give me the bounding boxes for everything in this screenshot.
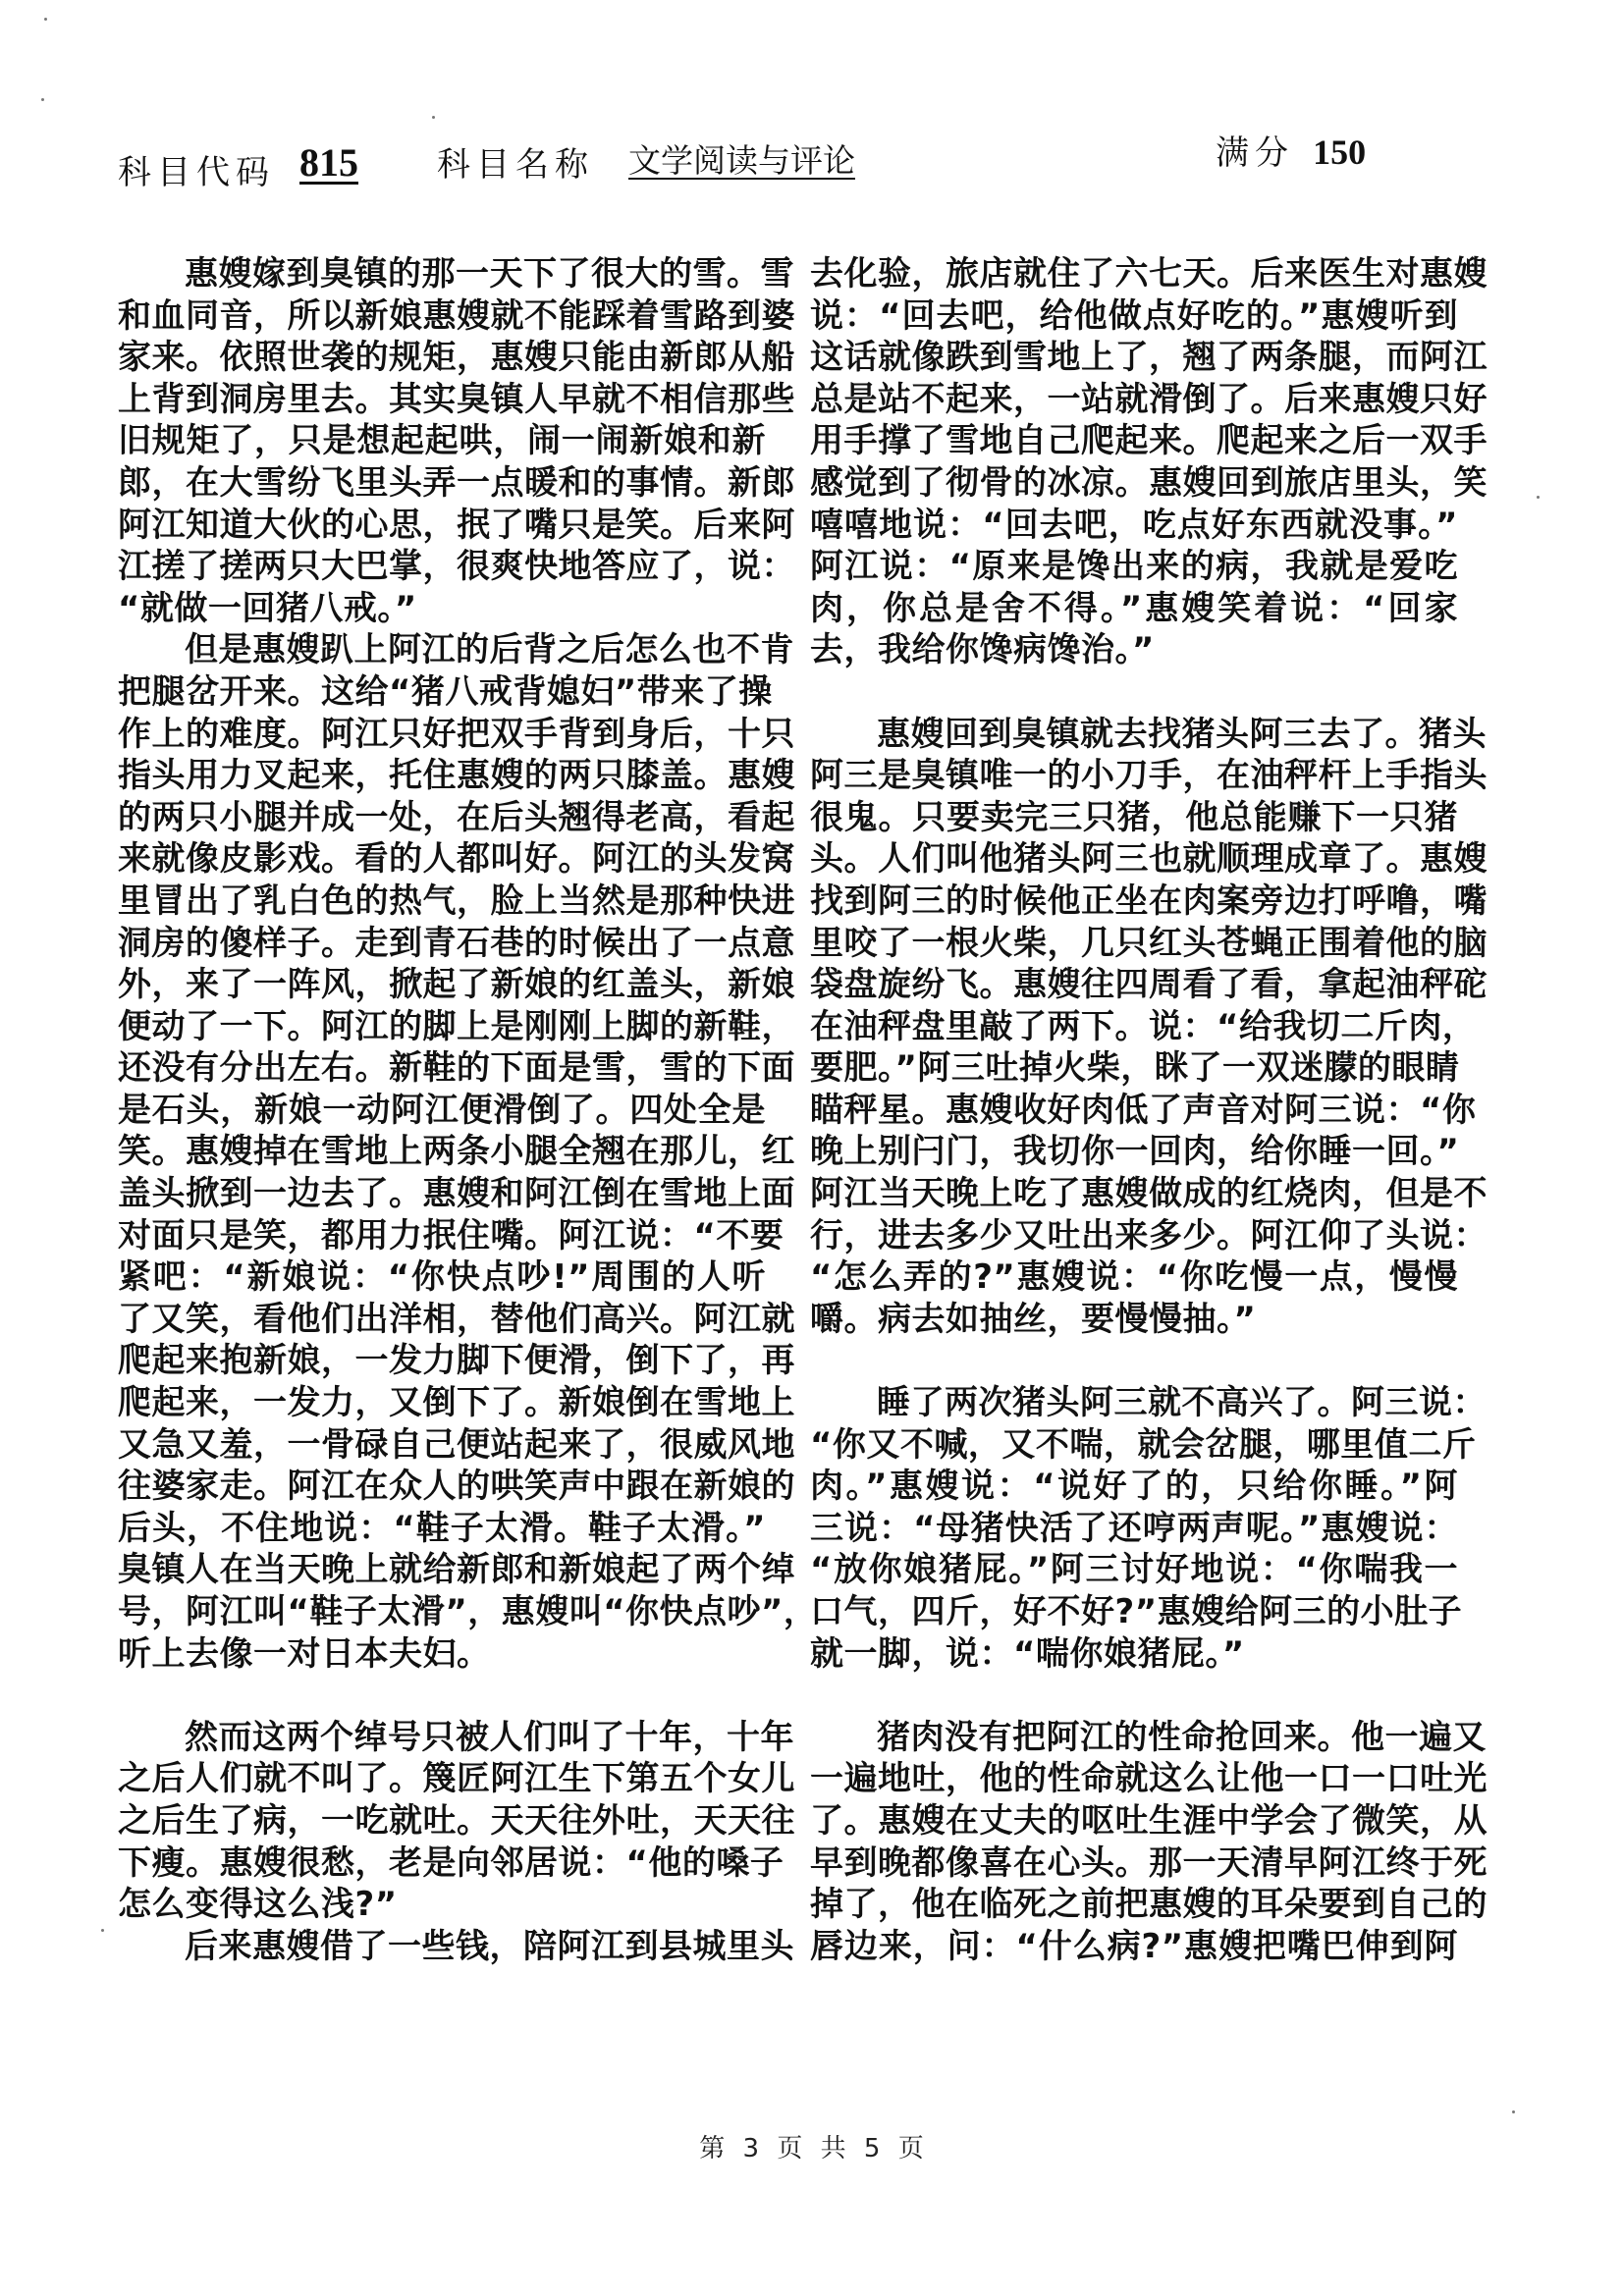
text-line: 把腿岔开来。这给“猪八戒背媳妇”带来了操 bbox=[118, 671, 766, 714]
text-line: 对面只是笑，都用力抿住嘴。阿江说：“不要 bbox=[118, 1215, 766, 1257]
full-score-label: 满分 bbox=[1216, 133, 1294, 173]
paragraph: 猪肉没有把阿江的性命抢回来。他一遍又 一遍地吐，他的性命就这么让他一口一口吐光 … bbox=[810, 1717, 1458, 1968]
text-line: 嘻嘻地说：“回去吧，吃点好东西就没事。” bbox=[810, 505, 1458, 547]
text-line: “你又不喊，又不喘，就会岔腿，哪里值二斤 bbox=[810, 1424, 1458, 1467]
text-line: 一遍地吐，他的性命就这么让他一口一口吐光 bbox=[810, 1758, 1458, 1800]
right-column: 去化验，旅店就住了六七天。后来医生对惠嫂 说：“回去吧，给他做点好吃的。”惠嫂听… bbox=[810, 253, 1458, 1967]
text-line: 嚼。病去如抽丝，要慢慢抽。” bbox=[810, 1299, 1458, 1341]
text-line: 听上去像一对日本夫妇。 bbox=[118, 1633, 766, 1676]
page-number: 第 3 页 共 5 页 bbox=[0, 2128, 1623, 2164]
text-line: 和血同音，所以新娘惠嫂就不能踩着雪路到婆 bbox=[118, 295, 766, 338]
text-line: 里冒出了乳白色的热气，脸上当然是那种快进 bbox=[118, 881, 766, 923]
scan-speck bbox=[756, 854, 759, 857]
text-line: 指头用力叉起来，托住惠嫂的两只膝盖。惠嫂 bbox=[118, 755, 766, 797]
text-line: 上背到洞房里去。其实臭镇人早就不相信那些 bbox=[118, 379, 766, 421]
text-line: 感觉到了彻骨的冰凉。惠嫂回到旅店里头，笑 bbox=[810, 462, 1458, 505]
subject-name-label: 科目名称 bbox=[437, 137, 594, 186]
text-line: 阿江说：“原来是馋出来的病，我就是爱吃 bbox=[810, 546, 1458, 588]
text-line: 三说：“母猪快活了还哼两声呢。”惠嫂说： bbox=[810, 1508, 1458, 1550]
text-line: 外，来了一阵风，掀起了新娘的红盖头，新娘 bbox=[118, 964, 766, 1006]
text-line: 里咬了一根火柴，几只红头苍蝇正围着他的脑 bbox=[810, 923, 1458, 965]
text-line: 找到阿三的时候他正坐在肉案旁边打呼噜，嘴 bbox=[810, 881, 1458, 923]
text-line: 后头，不住地说：“鞋子太滑。鞋子太滑。” bbox=[118, 1508, 766, 1550]
text-line: 是石头，新娘一动阿江便滑倒了。四处全是 bbox=[118, 1090, 766, 1132]
text-line: 头。人们叫他猪头阿三也就顺理成章了。惠嫂 bbox=[810, 838, 1458, 881]
text-line: 郎，在大雪纷飞里头弄一点暖和的事情。新郎 bbox=[118, 462, 766, 505]
subject-code-value: 815 bbox=[299, 139, 358, 186]
text-line: 惠嫂回到臭镇就去找猪头阿三去了。猪头 bbox=[810, 714, 1458, 756]
text-line: 往婆家走。阿江在众人的哄笑声中跟在新娘的 bbox=[118, 1466, 766, 1508]
paragraph: 惠嫂回到臭镇就去找猪头阿三去了。猪头 阿三是臭镇唯一的小刀手，在油秤杆上手指头 … bbox=[810, 714, 1458, 1341]
text-line: 之后生了病，一吃就吐。天天往外吐，天天往 bbox=[118, 1800, 766, 1842]
text-line: 作上的难度。阿江只好把双手背到身后，十只 bbox=[118, 714, 766, 756]
text-line: 家来。依照世袭的规矩，惠嫂只能由新郎从船 bbox=[118, 337, 766, 379]
paragraph: 但是惠嫂趴上阿江的后背之后怎么也不肯 把腿岔开来。这给“猪八戒背媳妇”带来了操 … bbox=[118, 629, 766, 1675]
text-line: 怎么变得这么浅?” bbox=[118, 1884, 766, 1926]
paragraph: 睡了两次猪头阿三就不高兴了。阿三说： “你又不喊，又不喘，就会岔腿，哪里值二斤 … bbox=[810, 1382, 1458, 1675]
scan-speck bbox=[44, 18, 47, 21]
text-line: 早到晚都像喜在心头。那一天清早阿江终于死 bbox=[810, 1842, 1458, 1885]
text-line: 笑。惠嫂掉在雪地上两条小腿全翘在那儿，红 bbox=[118, 1131, 766, 1173]
text-line: 洞房的傻样子。走到青石巷的时候出了一点意 bbox=[118, 923, 766, 965]
text-line: “就做一回猪八戒。” bbox=[118, 588, 766, 630]
text-line: 肉。”惠嫂说：“说好了的，只给你睡。”阿 bbox=[810, 1466, 1458, 1508]
paragraph: 去化验，旅店就住了六七天。后来医生对惠嫂 说：“回去吧，给他做点好吃的。”惠嫂听… bbox=[810, 253, 1458, 671]
paragraph-gap bbox=[810, 671, 1458, 714]
text-line: “怎么弄的?”惠嫂说：“你吃慢一点，慢慢 bbox=[810, 1256, 1458, 1299]
text-line: 江搓了搓两只大巴掌，很爽快地答应了，说： bbox=[118, 546, 766, 588]
text-line: 掉了，他在临死之前把惠嫂的耳朵要到自己的 bbox=[810, 1884, 1458, 1926]
full-score: 满分 150 bbox=[1216, 126, 1366, 174]
scan-speck bbox=[41, 98, 44, 101]
paragraph-gap bbox=[118, 1675, 766, 1717]
text-line: 爬起来抱新娘，一发力脚下便滑，倒下了，再 bbox=[118, 1340, 766, 1382]
text-line: 号，阿江叫“鞋子太滑”，惠嫂叫“你快点吵”， bbox=[118, 1591, 766, 1633]
text-line: 盖头掀到一边去了。惠嫂和阿江倒在雪地上面 bbox=[118, 1173, 766, 1215]
scan-speck bbox=[1512, 2110, 1515, 2113]
text-line: 去化验，旅店就住了六七天。后来医生对惠嫂 bbox=[810, 253, 1458, 295]
text-line: 说：“回去吧，给他做点好吃的。”惠嫂听到 bbox=[810, 295, 1458, 338]
text-line: 后来惠嫂借了一些钱，陪阿江到县城里头 bbox=[118, 1926, 766, 1968]
text-line: 总是站不起来，一站就滑倒了。后来惠嫂只好 bbox=[810, 379, 1458, 421]
text-line: 阿三是臭镇唯一的小刀手，在油秤杆上手指头 bbox=[810, 755, 1458, 797]
text-line: 睡了两次猪头阿三就不高兴了。阿三说： bbox=[810, 1382, 1458, 1424]
paragraph: 后来惠嫂借了一些钱，陪阿江到县城里头 bbox=[118, 1926, 766, 1968]
text-line: 在油秤盘里敲了两下。说：“给我切二斤肉， bbox=[810, 1006, 1458, 1048]
scan-speck bbox=[1537, 496, 1540, 499]
paragraph: 惠嫂嫁到臭镇的那一天下了很大的雪。雪 和血同音，所以新娘惠嫂就不能踩着雪路到婆 … bbox=[118, 253, 766, 629]
text-line: 晚上别闩门，我切你一回肉，给你睡一回。” bbox=[810, 1131, 1458, 1173]
text-line: 臭镇人在当天晚上就给新郎和新娘起了两个绰 bbox=[118, 1549, 766, 1591]
text-line: “放你娘猪屁。”阿三讨好地说：“你喘我一 bbox=[810, 1549, 1458, 1591]
text-line: 肉，你总是舍不得。”惠嫂笑着说：“回家 bbox=[810, 588, 1458, 630]
scan-speck bbox=[101, 1929, 104, 1932]
text-line: 爬起来，一发力，又倒下了。新娘倒在雪地上 bbox=[118, 1382, 766, 1424]
subject-code-label: 科目代码 bbox=[118, 145, 275, 193]
text-line: 旧规矩了，只是想起起哄，闹一闹新娘和新 bbox=[118, 420, 766, 462]
text-line: 要肥。”阿三吐掉火柴，眯了一双迷朦的眼睛 bbox=[810, 1047, 1458, 1090]
text-line: 又急又羞，一骨碌自己便站起来了，很威风地 bbox=[118, 1424, 766, 1467]
text-line: 唇边来，问：“什么病?”惠嫂把嘴巴伸到阿 bbox=[810, 1926, 1458, 1968]
text-line: 紧吧：“新娘说：“你快点吵!”周围的人听 bbox=[118, 1256, 766, 1299]
text-line: 但是惠嫂趴上阿江的后背之后怎么也不肯 bbox=[118, 629, 766, 671]
left-column: 惠嫂嫁到臭镇的那一天下了很大的雪。雪 和血同音，所以新娘惠嫂就不能踩着雪路到婆 … bbox=[118, 253, 766, 1967]
text-line: 就一脚，说：“喘你娘猪屁。” bbox=[810, 1633, 1458, 1676]
full-score-value: 150 bbox=[1313, 133, 1366, 172]
text-line: 用手撑了雪地自己爬起来。爬起来之后一双手 bbox=[810, 420, 1458, 462]
text-line: 瞄秤星。惠嫂收好肉低了声音对阿三说：“你 bbox=[810, 1090, 1458, 1132]
subject-name-value: 文学阅读与评论 bbox=[628, 135, 855, 182]
text-line: 还没有分出左右。新鞋的下面是雪，雪的下面 bbox=[118, 1047, 766, 1090]
text-line: 口气，四斤，好不好?”惠嫂给阿三的小肚子 bbox=[810, 1591, 1458, 1633]
paragraph: 然而这两个绰号只被人们叫了十年，十年 之后人们就不叫了。篾匠阿江生下第五个女儿 … bbox=[118, 1717, 766, 1926]
text-line: 这话就像跌到雪地上了，翘了两条腿，而阿江 bbox=[810, 337, 1458, 379]
text-line: 了又笑，看他们出洋相，替他们高兴。阿江就 bbox=[118, 1299, 766, 1341]
text-line: 然而这两个绰号只被人们叫了十年，十年 bbox=[118, 1717, 766, 1759]
text-line: 来就像皮影戏。看的人都叫好。阿江的头发窝 bbox=[118, 838, 766, 881]
scan-speck bbox=[432, 116, 435, 119]
text-line: 惠嫂嫁到臭镇的那一天下了很大的雪。雪 bbox=[118, 253, 766, 295]
text-line: 的两只小腿并成一处，在后头翘得老高，看起 bbox=[118, 797, 766, 839]
paragraph-gap bbox=[810, 1675, 1458, 1717]
text-line: 了。惠嫂在丈夫的呕吐生涯中学会了微笑，从 bbox=[810, 1800, 1458, 1842]
text-line: 袋盘旋纷飞。惠嫂往四周看了看，拿起油秤砣 bbox=[810, 964, 1458, 1006]
text-line: 去，我给你馋病馋治。” bbox=[810, 629, 1458, 671]
text-line: 之后人们就不叫了。篾匠阿江生下第五个女儿 bbox=[118, 1758, 766, 1800]
text-line: 阿江当天晚上吃了惠嫂做成的红烧肉，但是不 bbox=[810, 1173, 1458, 1215]
text-line: 阿江知道大伙的心思，抿了嘴只是笑。后来阿 bbox=[118, 505, 766, 547]
text-line: 很鬼。只要卖完三只猪，他总能赚下一只猪 bbox=[810, 797, 1458, 839]
paragraph-gap bbox=[810, 1340, 1458, 1382]
text-line: 下瘦。惠嫂很愁，老是向邻居说：“他的嗓子 bbox=[118, 1842, 766, 1885]
text-line: 行，进去多少又吐出来多少。阿江仰了头说： bbox=[810, 1215, 1458, 1257]
text-line: 便动了一下。阿江的脚上是刚刚上脚的新鞋， bbox=[118, 1006, 766, 1048]
text-line: 猪肉没有把阿江的性命抢回来。他一遍又 bbox=[810, 1717, 1458, 1759]
